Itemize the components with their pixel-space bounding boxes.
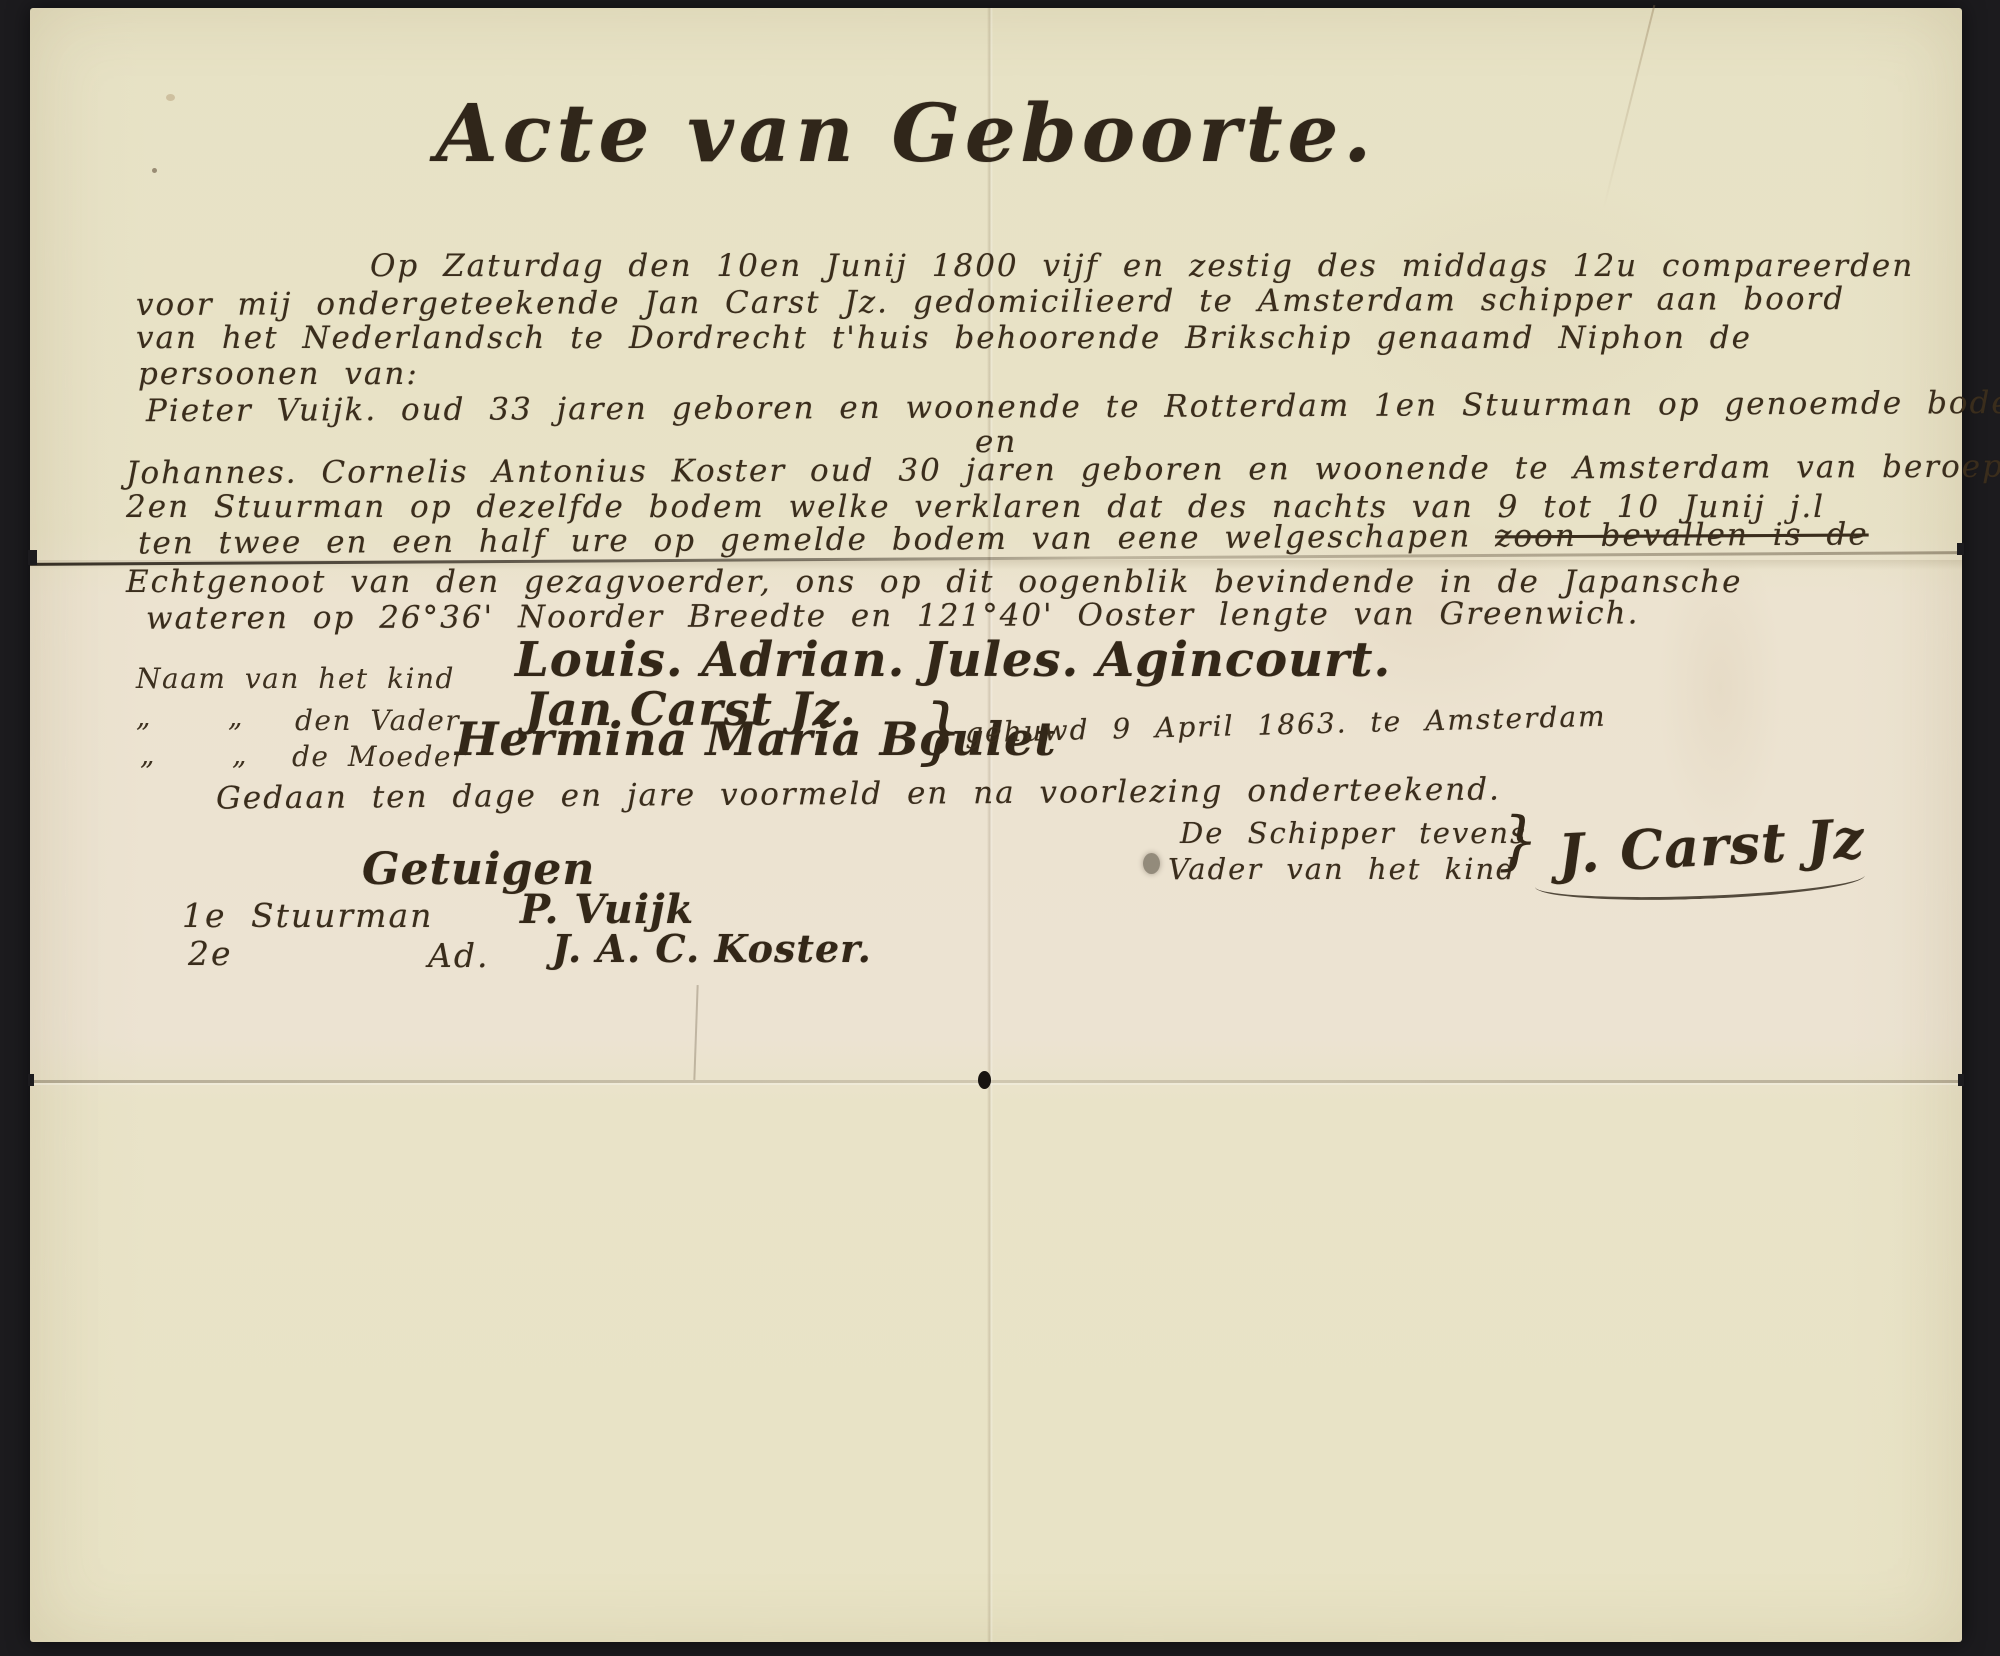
first-mate-line: Pieter Vuijk. oud 33 jaren geboren en wo…	[146, 385, 2000, 429]
family-brace: }	[918, 688, 964, 772]
document-title: Acte van Geboorte.	[0, 86, 1872, 180]
edge-notch	[28, 550, 37, 565]
edge-notch	[1958, 1074, 1964, 1086]
opening-line-3: van het Nederlandsch te Dordrecht t'huis…	[136, 320, 1752, 356]
scan-background: Acte van Geboorte. Op Zaturdag den 10en …	[0, 0, 2000, 1656]
child-name: Louis. Adrian. Jules. Agincourt.	[515, 632, 1391, 688]
witness2-role: 2e	[188, 934, 233, 973]
birth-text-normal: ten twee en een half ure op gemelde bode…	[138, 519, 1471, 562]
second-mate-line-1: Johannes. Cornelis Antonius Koster oud 3…	[126, 449, 2000, 492]
witness2-subrole: Ad.	[428, 936, 489, 975]
ditto-mark: „	[140, 738, 156, 771]
center-fold-hole	[978, 1071, 991, 1089]
declaration-line-2: Echtgenoot van den gezagvoerder, ons op …	[126, 564, 1743, 600]
signer-role-line-1: De Schipper tevens	[1180, 816, 1527, 850]
ditto-mark: „	[232, 738, 248, 771]
witness1-role: 1e Stuurman	[182, 896, 433, 935]
edge-notch	[1957, 543, 1964, 555]
mother-label: de Moeder	[292, 740, 467, 773]
witness2-signature: J. A. C. Koster.	[552, 926, 872, 971]
ditto-mark: „	[136, 700, 152, 733]
document-page: Acte van Geboorte. Op Zaturdag den 10en …	[30, 8, 1962, 1642]
signer-role-line-2: Vader van het kind	[1168, 852, 1517, 886]
opening-line-4: persoonen van:	[138, 356, 419, 392]
pen-scratch	[693, 985, 698, 1080]
closing-statement: Gedaan ten dage en jare voormeld en na v…	[216, 772, 1501, 817]
edge-notch	[28, 1074, 34, 1086]
fold-crease-highlight	[30, 1083, 1962, 1085]
ditto-mark: „	[228, 700, 244, 733]
birth-text-struck: zoon bevallen is de	[1495, 516, 1869, 554]
opening-line-1: Op Zaturdag den 10en Junij 1800 vijf en …	[370, 248, 1914, 284]
father-label: den Vader	[295, 704, 460, 737]
coordinates-line: wateren op 26°36' Noorder Breedte en 121…	[146, 595, 1640, 636]
opening-line-2: voor mij ondergeteekende Jan Carst Jz. g…	[136, 281, 1845, 323]
marriage-note: gehuwd 9 April 1863. te Amsterdam	[965, 700, 1607, 750]
child-name-label: Naam van het kind	[136, 662, 455, 695]
ink-blot	[1143, 853, 1160, 874]
signer-brace: }	[1498, 804, 1539, 878]
